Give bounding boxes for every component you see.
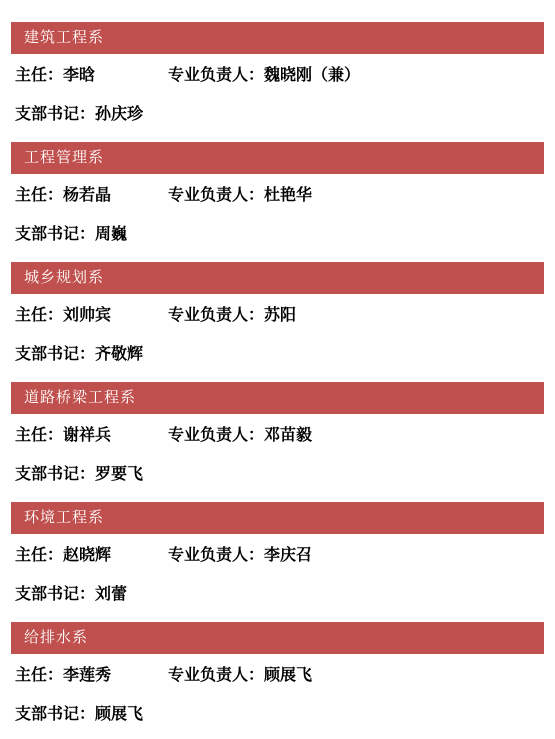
department-section-1: 工程管理系 主任：杨若晶 专业负责人：杜艳华 支部书记：周巍 (11, 142, 544, 245)
branch-secretary-name: 孙庆珍 (95, 106, 143, 123)
program-lead-cell: 专业负责人：魏晓刚（兼） (168, 66, 360, 86)
director-cell: 主任：杨若晶 (15, 186, 168, 206)
branch-secretary-name: 罗要飞 (95, 466, 143, 483)
leads-row: 主任：李晗 专业负责人：魏晓刚（兼） (11, 66, 544, 86)
program-lead-label: 专业负责人： (168, 547, 264, 564)
director-label: 主任： (15, 547, 63, 564)
department-title: 城乡规划系 (24, 269, 104, 286)
department-title: 环境工程系 (24, 509, 104, 526)
department-title: 给排水系 (24, 629, 88, 646)
leads-row: 主任：刘帅宾 专业负责人：苏阳 (11, 306, 544, 326)
leads-row: 主任：杨若晶 专业负责人：杜艳华 (11, 186, 544, 206)
program-lead-cell: 专业负责人：苏阳 (168, 306, 296, 326)
program-lead-cell: 专业负责人：邓苗毅 (168, 426, 312, 446)
program-lead-cell: 专业负责人：杜艳华 (168, 186, 312, 206)
department-section-4: 环境工程系 主任：赵晓辉 专业负责人：李庆召 支部书记：刘蕾 (11, 502, 544, 605)
branch-secretary-label: 支部书记： (15, 586, 95, 603)
department-section-3: 道路桥梁工程系 主任：谢祥兵 专业负责人：邓苗毅 支部书记：罗要飞 (11, 382, 544, 485)
program-lead-name: 顾展飞 (264, 667, 312, 684)
director-name: 谢祥兵 (63, 427, 111, 444)
branch-secretary-label: 支部书记： (15, 106, 95, 123)
department-section-2: 城乡规划系 主任：刘帅宾 专业负责人：苏阳 支部书记：齐敬辉 (11, 262, 544, 365)
program-lead-label: 专业负责人： (168, 667, 264, 684)
department-header-bar: 道路桥梁工程系 (11, 382, 544, 414)
secretary-row: 支部书记：周巍 (11, 225, 544, 245)
branch-secretary-label: 支部书记： (15, 466, 95, 483)
branch-secretary-label: 支部书记： (15, 346, 95, 363)
branch-secretary-label: 支部书记： (15, 226, 95, 243)
director-cell: 主任：赵晓辉 (15, 546, 168, 566)
director-name: 李莲秀 (63, 667, 111, 684)
director-label: 主任： (15, 667, 63, 684)
department-header-bar: 建筑工程系 (11, 22, 544, 54)
director-name: 李晗 (63, 67, 95, 84)
department-staff-list: 建筑工程系 主任：李晗 专业负责人：魏晓刚（兼） 支部书记：孙庆珍 工程管理系 … (0, 0, 555, 725)
program-lead-name: 李庆召 (264, 547, 312, 564)
program-lead-name: 邓苗毅 (264, 427, 312, 444)
program-lead-label: 专业负责人： (168, 187, 264, 204)
department-title: 建筑工程系 (24, 29, 104, 46)
branch-secretary-name: 刘蕾 (95, 586, 127, 603)
program-lead-cell: 专业负责人：李庆召 (168, 546, 312, 566)
director-cell: 主任：谢祥兵 (15, 426, 168, 446)
branch-secretary-name: 齐敬辉 (95, 346, 143, 363)
branch-secretary-name: 顾展飞 (95, 706, 143, 723)
director-label: 主任： (15, 187, 63, 204)
director-name: 赵晓辉 (63, 547, 111, 564)
secretary-row: 支部书记：刘蕾 (11, 585, 544, 605)
program-lead-cell: 专业负责人：顾展飞 (168, 666, 312, 686)
director-cell: 主任：李晗 (15, 66, 168, 86)
leads-row: 主任：谢祥兵 专业负责人：邓苗毅 (11, 426, 544, 446)
program-lead-name: 魏晓刚（兼） (264, 67, 360, 84)
program-lead-label: 专业负责人： (168, 67, 264, 84)
program-lead-label: 专业负责人： (168, 427, 264, 444)
director-label: 主任： (15, 427, 63, 444)
department-title: 道路桥梁工程系 (24, 389, 136, 406)
secretary-row: 支部书记：齐敬辉 (11, 345, 544, 365)
department-section-0: 建筑工程系 主任：李晗 专业负责人：魏晓刚（兼） 支部书记：孙庆珍 (11, 22, 544, 125)
department-header-bar: 环境工程系 (11, 502, 544, 534)
leads-row: 主任：赵晓辉 专业负责人：李庆召 (11, 546, 544, 566)
director-name: 刘帅宾 (63, 307, 111, 324)
secretary-row: 支部书记：罗要飞 (11, 465, 544, 485)
department-header-bar: 工程管理系 (11, 142, 544, 174)
secretary-row: 支部书记：顾展飞 (11, 705, 544, 725)
director-cell: 主任：李莲秀 (15, 666, 168, 686)
director-label: 主任： (15, 307, 63, 324)
director-label: 主任： (15, 67, 63, 84)
department-header-bar: 城乡规划系 (11, 262, 544, 294)
department-header-bar: 给排水系 (11, 622, 544, 654)
director-cell: 主任：刘帅宾 (15, 306, 168, 326)
secretary-row: 支部书记：孙庆珍 (11, 105, 544, 125)
program-lead-label: 专业负责人： (168, 307, 264, 324)
leads-row: 主任：李莲秀 专业负责人：顾展飞 (11, 666, 544, 686)
branch-secretary-label: 支部书记： (15, 706, 95, 723)
department-section-5: 给排水系 主任：李莲秀 专业负责人：顾展飞 支部书记：顾展飞 (11, 622, 544, 725)
program-lead-name: 杜艳华 (264, 187, 312, 204)
department-title: 工程管理系 (24, 149, 104, 166)
program-lead-name: 苏阳 (264, 307, 296, 324)
branch-secretary-name: 周巍 (95, 226, 127, 243)
director-name: 杨若晶 (63, 187, 111, 204)
